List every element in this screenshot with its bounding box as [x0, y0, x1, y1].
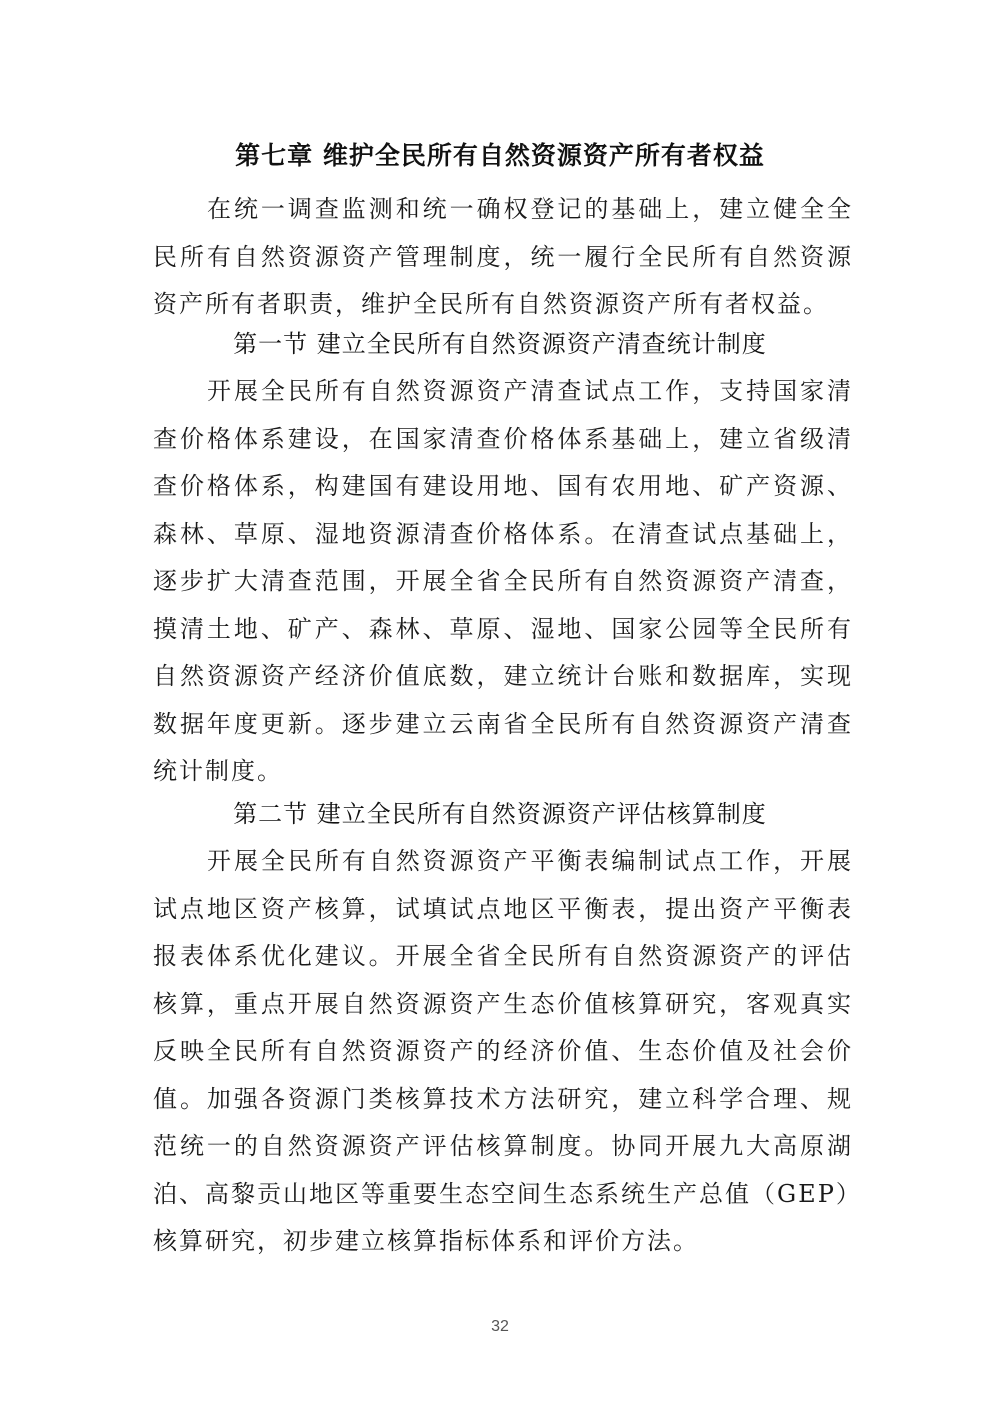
- paragraph-line: 泊、高黎贡山地区等重要生态空间生态系统生产总值（GEP）: [153, 1171, 853, 1219]
- paragraph-line: 查价格体系建设，在国家清查价格体系基础上，建立省级清: [153, 416, 853, 464]
- paragraph-line: 数据年度更新。逐步建立云南省全民所有自然资源资产清查: [153, 701, 853, 749]
- paragraph-line: 资产所有者职责，维护全民所有自然资源资产所有者权益。: [153, 281, 853, 329]
- page-number: 32: [450, 1318, 550, 1336]
- paragraph-line: 报表体系优化建议。开展全省全民所有自然资源资产的评估: [153, 933, 853, 981]
- paragraph-line: 试点地区资产核算，试填试点地区平衡表，提出资产平衡表: [153, 886, 853, 934]
- paragraph-line: 范统一的自然资源资产评估核算制度。协同开展九大高原湖: [153, 1123, 853, 1171]
- chapter-title: 第七章 维护全民所有自然资源资产所有者权益: [150, 138, 850, 174]
- paragraph-line: 逐步扩大清查范围，开展全省全民所有自然资源资产清查，: [153, 558, 853, 606]
- paragraph-line: 核算研究，初步建立核算指标体系和评价方法。: [153, 1218, 853, 1266]
- chapter-intro-paragraph: 在统一调查监测和统一确权登记的基础上，建立健全全 民所有自然资源资产管理制度，统…: [153, 186, 853, 329]
- section-2-paragraph: 开展全民所有自然资源资产平衡表编制试点工作，开展 试点地区资产核算，试填试点地区…: [153, 838, 853, 1266]
- document-page: 第七章 维护全民所有自然资源资产所有者权益 在统一调查监测和统一确权登记的基础上…: [0, 0, 1000, 1413]
- section-title-2: 第二节 建立全民所有自然资源资产评估核算制度: [150, 796, 850, 832]
- paragraph-line: 开展全民所有自然资源资产清查试点工作，支持国家清: [153, 368, 853, 416]
- paragraph-line: 查价格体系，构建国有建设用地、国有农用地、矿产资源、: [153, 463, 853, 511]
- paragraph-line: 摸清土地、矿产、森林、草原、湿地、国家公园等全民所有: [153, 606, 853, 654]
- paragraph-line: 值。加强各资源门类核算技术方法研究，建立科学合理、规: [153, 1076, 853, 1124]
- paragraph-line: 民所有自然资源资产管理制度，统一履行全民所有自然资源: [153, 234, 853, 282]
- paragraph-line: 森林、草原、湿地资源清查价格体系。在清查试点基础上，: [153, 511, 853, 559]
- paragraph-line: 统计制度。: [153, 748, 853, 796]
- paragraph-line: 反映全民所有自然资源资产的经济价值、生态价值及社会价: [153, 1028, 853, 1076]
- paragraph-line: 开展全民所有自然资源资产平衡表编制试点工作，开展: [153, 838, 853, 886]
- paragraph-line: 在统一调查监测和统一确权登记的基础上，建立健全全: [153, 186, 853, 234]
- section-title-1: 第一节 建立全民所有自然资源资产清查统计制度: [150, 326, 850, 362]
- paragraph-line: 自然资源资产经济价值底数，建立统计台账和数据库，实现: [153, 653, 853, 701]
- section-1-paragraph: 开展全民所有自然资源资产清查试点工作，支持国家清 查价格体系建设，在国家清查价格…: [153, 368, 853, 796]
- paragraph-line: 核算，重点开展自然资源资产生态价值核算研究，客观真实: [153, 981, 853, 1029]
